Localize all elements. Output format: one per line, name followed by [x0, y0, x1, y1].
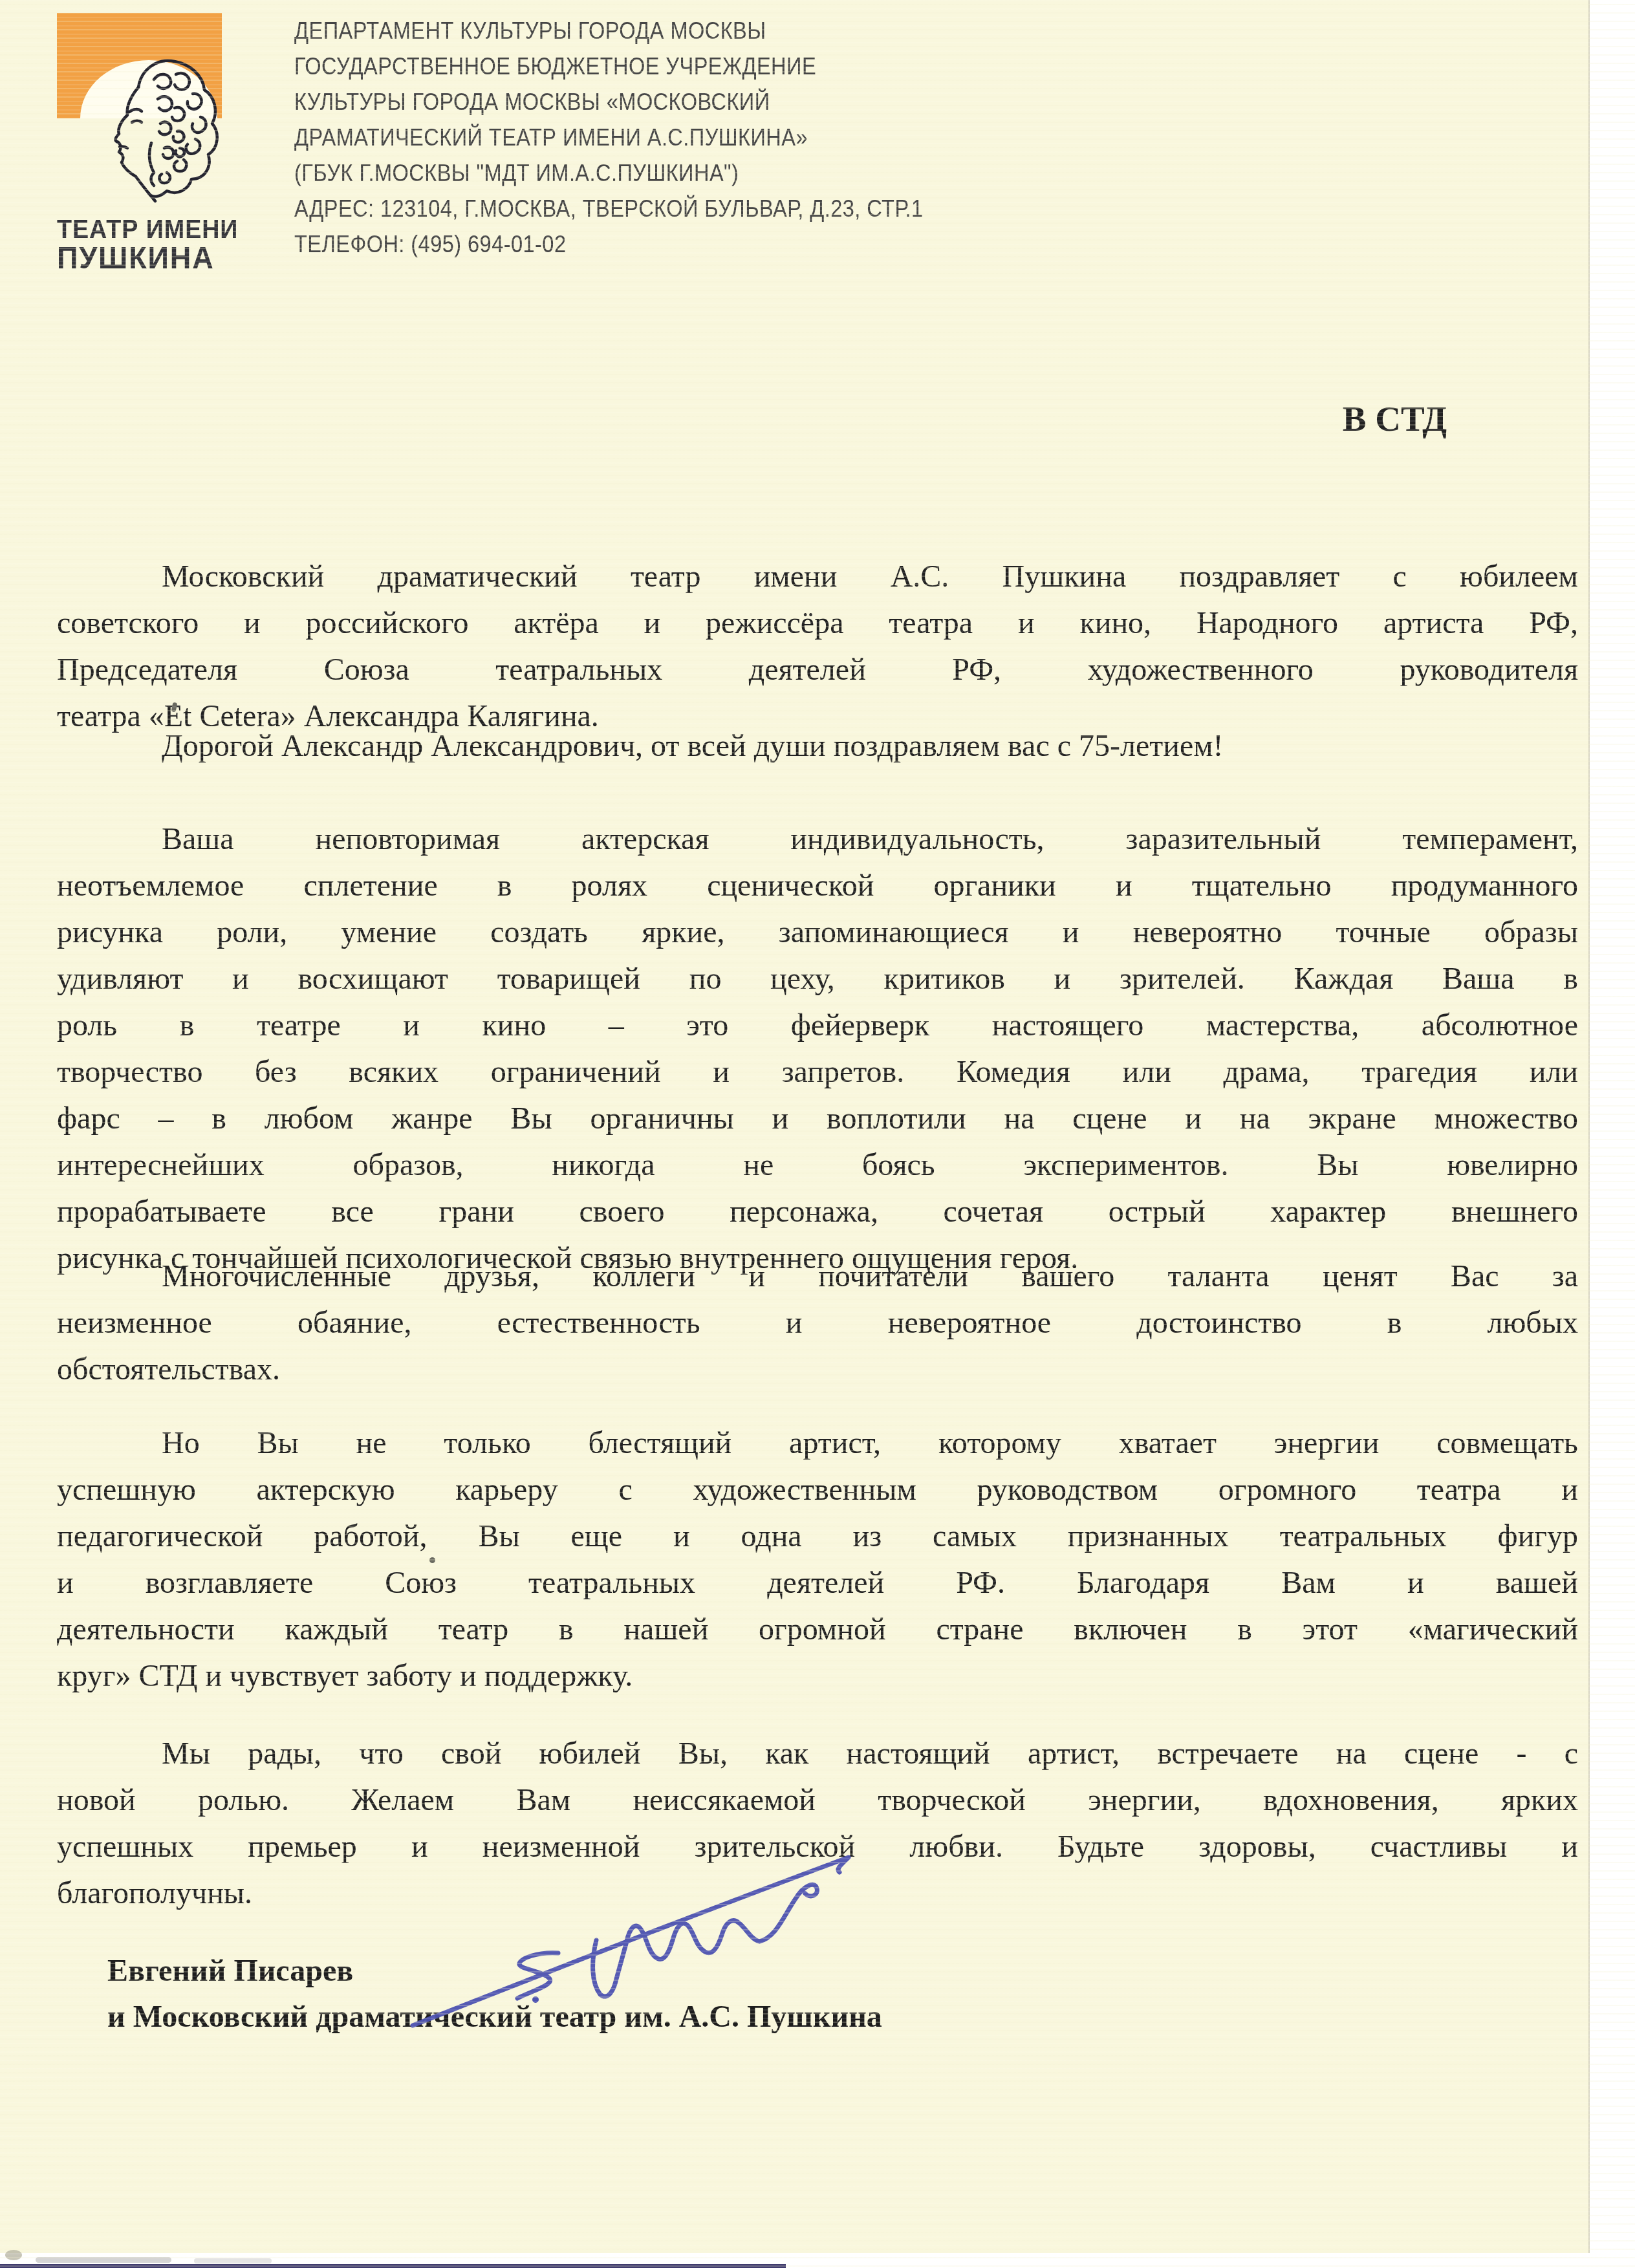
recipient-line: В СТД	[1343, 398, 1447, 439]
letter-line: Председателя Союза театральных деятелей …	[57, 647, 1578, 693]
org-line: ДЕПАРТАМЕНТ КУЛЬТУРЫ ГОРОДА МОСКВЫ	[294, 13, 1034, 49]
letter-line: творчество без всяких ограничений и запр…	[57, 1049, 1578, 1096]
org-line: (ГБУК Г.МОСКВЫ "МДТ ИМ.А.С.ПУШКИНА")	[294, 155, 1034, 191]
org-line: ТЕЛЕФОН: (495) 694-01-02	[294, 226, 1034, 262]
paragraph-3: Ваша неповторимая актерская индивидуальн…	[57, 816, 1578, 1282]
letter-line: новой ролью. Желаем Вам неиссякаемой тво…	[57, 1777, 1578, 1824]
letter-line: успешную актерскую карьеру с художествен…	[57, 1467, 1578, 1513]
letter-line: советского и российского актёра и режисс…	[57, 600, 1578, 647]
letter-line: интереснейших образов, никогда не боясь …	[57, 1142, 1578, 1189]
letter-line: неизменное обаяние, естественность и нев…	[57, 1300, 1578, 1346]
letter-line: Ваша неповторимая актерская индивидуальн…	[57, 816, 1578, 863]
org-line: ДРАМАТИЧЕСКИЙ ТЕАТР ИМЕНИ А.С.ПУШКИНА»	[294, 120, 1034, 155]
paragraph-5: Но Вы не только блестящий артист, которо…	[57, 1420, 1578, 1700]
org-line: ГОСУДАРСТВЕННОЕ БЮДЖЕТНОЕ УЧРЕЖДЕНИЕ	[294, 49, 1034, 84]
letter-line: фарс – в любом жанре Вы органичны и вопл…	[57, 1096, 1578, 1142]
letter-line: педагогической работой, Вы еще и одна из…	[57, 1513, 1578, 1560]
letter-line: рисунка роли, умение создать яркие, запо…	[57, 909, 1578, 956]
scan-smudge	[5, 2250, 22, 2260]
letter-line: круг» СТД и чувствует заботу и поддержку…	[57, 1653, 1578, 1700]
scan-speck	[429, 1557, 435, 1563]
org-line: АДРЕС: 123104, Г.МОСКВА, ТВЕРСКОЙ БУЛЬВА…	[294, 191, 1034, 226]
paragraph-4: Многочисленные друзья, коллеги и почитат…	[57, 1253, 1578, 1393]
scan-edge-right	[1588, 0, 1635, 2268]
letter-line: прорабатываете все грани своего персонаж…	[57, 1189, 1578, 1235]
letter-line: деятельности каждый театр в нашей огромн…	[57, 1606, 1578, 1653]
letterhead-org-block: ДЕПАРТАМЕНТ КУЛЬТУРЫ ГОРОДА МОСКВЫ ГОСУД…	[294, 13, 1034, 262]
paragraph-2: Дорогой Александр Александрович, от всей…	[57, 723, 1578, 770]
letter-line: Многочисленные друзья, коллеги и почитат…	[57, 1253, 1578, 1300]
letter-line: Московский драматический театр имени А.С…	[57, 554, 1578, 600]
scan-smudge	[194, 2258, 272, 2263]
scan-bottom-line	[0, 2264, 786, 2268]
letter-line: удивляют и восхищают товарищей по цеху, …	[57, 956, 1578, 1002]
letter-line: неотъемлемое сплетение в ролях сценическ…	[57, 863, 1578, 909]
letter-line: Дорогой Александр Александрович, от всей…	[57, 723, 1578, 770]
scanned-letter-page: ТЕАТР ИМЕНИ ПУШКИНА ДЕПАРТАМЕНТ КУЛЬТУРЫ…	[0, 0, 1635, 2268]
letter-line: Но Вы не только блестящий артист, которо…	[57, 1420, 1578, 1467]
letter-line: обстоятельствах.	[57, 1346, 1578, 1393]
letter-line: и возглавляете Союз театральных деятелей…	[57, 1560, 1578, 1606]
letter-line: роль в театре и кино – это фейерверк нас…	[57, 1002, 1578, 1049]
paragraph-1: Московский драматический театр имени А.С…	[57, 554, 1578, 740]
logo-caption-line2: ПУШКИНА	[57, 240, 215, 276]
handwritten-signature-icon	[388, 1837, 880, 2121]
org-line: КУЛЬТУРЫ ГОРОДА МОСКВЫ «МОСКОВСКИЙ	[294, 84, 1034, 120]
theatre-logo: ТЕАТР ИМЕНИ ПУШКИНА	[57, 10, 222, 268]
letter-line: Мы рады, что свой юбилей Вы, как настоящ…	[57, 1731, 1578, 1777]
scan-smudge	[36, 2257, 171, 2263]
